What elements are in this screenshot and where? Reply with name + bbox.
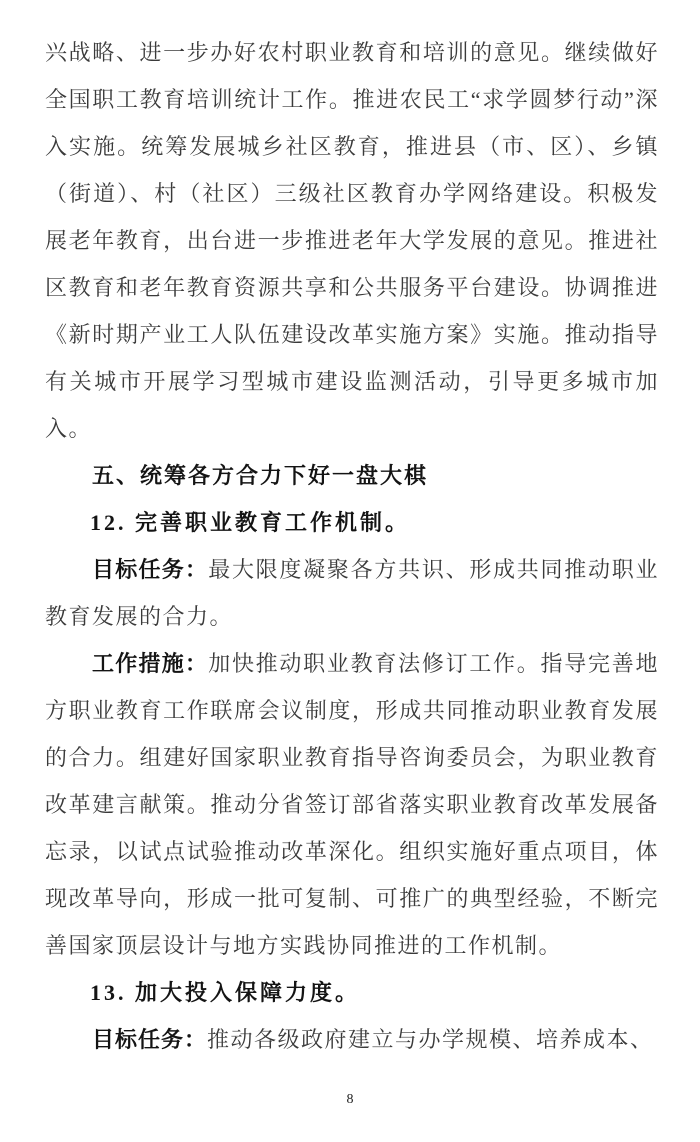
paragraph-text-measures-12: 加快推动职业教育法修订工作。指导完善地方职业教育工作联席会议制度，形成共同推动职…	[45, 651, 659, 958]
paragraph-text-goal-13: 推动各级政府建立与办学规模、培养成本、	[207, 1027, 654, 1052]
item-heading-12: 12. 完善职业教育工作机制。	[45, 499, 659, 546]
paragraph-lead-goal-12: 目标任务：	[92, 557, 208, 582]
paragraph-goal-12: 目标任务：最大限度凝聚各方共识、形成共同推动职业教育发展的合力。	[45, 546, 659, 640]
paragraph-measures-12: 工作措施：加快推动职业教育法修订工作。指导完善地方职业教育工作联席会议制度，形成…	[45, 640, 659, 969]
paragraph-lead-goal-13: 目标任务：	[92, 1027, 207, 1052]
paragraph-goal-13: 目标任务：推动各级政府建立与办学规模、培养成本、	[45, 1016, 659, 1063]
item-heading-13: 13. 加大投入保障力度。	[45, 969, 659, 1016]
section-heading: 五、统筹各方合力下好一盘大棋	[45, 452, 659, 499]
page-content: 兴战略、进一步办好农村职业教育和培训的意见。继续做好全国职工教育培训统计工作。推…	[45, 29, 659, 1063]
page-number: 8	[0, 1090, 700, 1110]
document-page: 兴战略、进一步办好农村职业教育和培训的意见。继续做好全国职工教育培训统计工作。推…	[0, 0, 700, 1142]
paragraph-lead-measures-12: 工作措施：	[92, 651, 208, 676]
paragraph-continuation: 兴战略、进一步办好农村职业教育和培训的意见。继续做好全国职工教育培训统计工作。推…	[45, 29, 659, 452]
